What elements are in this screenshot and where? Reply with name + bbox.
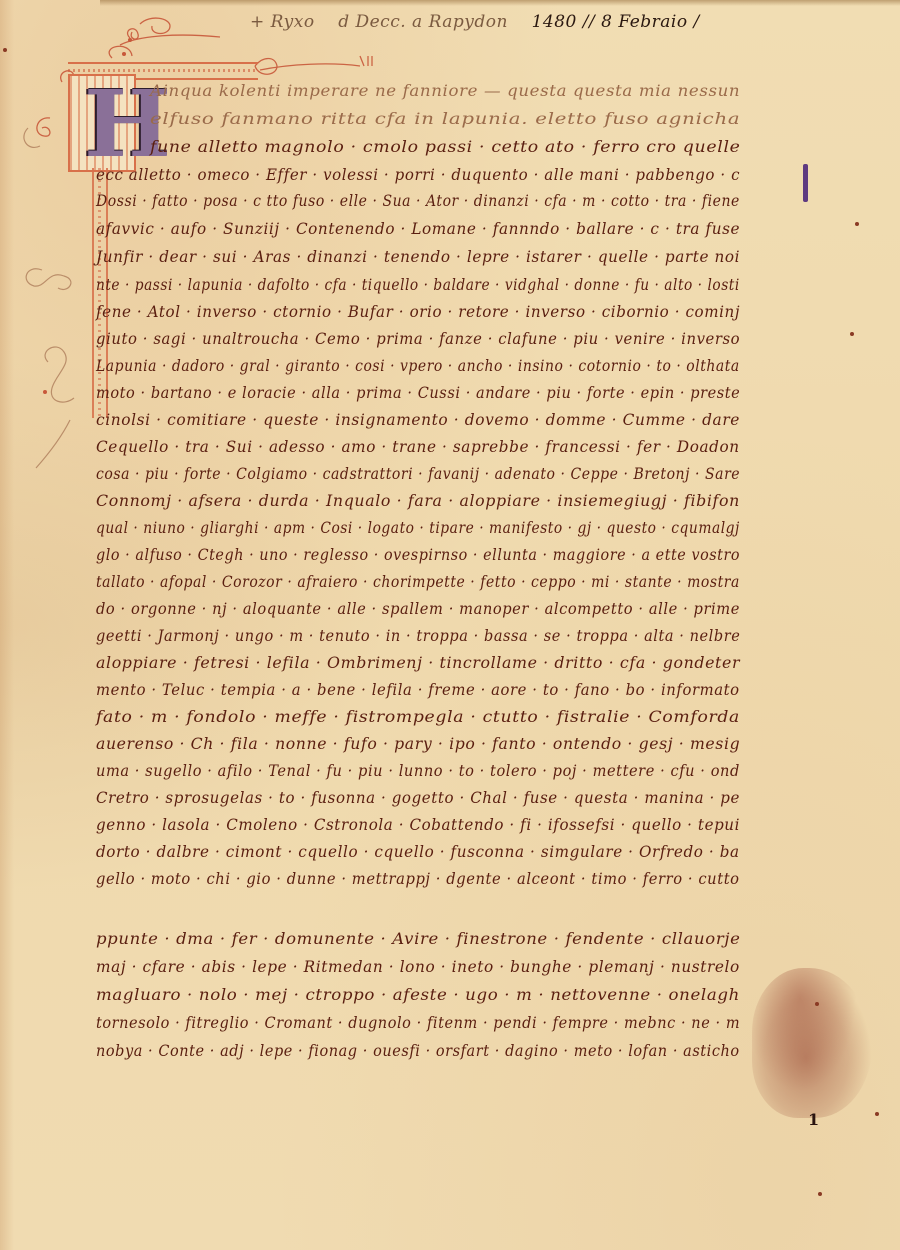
ink-speck [3, 48, 7, 52]
text-line: geetti · Jarmonj · ungo · m · tenuto · i… [96, 627, 740, 645]
text-line: auerenso · Ch · fila · nonne · fufo · pa… [96, 735, 740, 753]
text-line: elfuso fanmano ritta cfa in lapunia. ele… [150, 110, 740, 128]
text-line: fato · m · fondolo · meffe · fistrompegl… [96, 708, 740, 726]
text-line: Cretro · sprosugelas · to · fusonna · go… [96, 789, 740, 807]
text-line: cinolsi · comitiare · queste · insigname… [96, 411, 740, 429]
folio-number: 1 [808, 1110, 819, 1129]
text-line: Lapunia · dadoro · gral · giranto · cosi… [96, 357, 740, 375]
text-line: Connomj · afsera · durda · Inqualo · far… [96, 492, 740, 510]
text-line: nte · passi · lapunia · dafolto · cfa · … [96, 276, 740, 294]
ink-speck [850, 332, 854, 336]
text-line: fene · Atol · inverso · ctornio · Bufar … [96, 303, 740, 321]
text-line: gello · moto · chi · gio · dunne · mettr… [96, 870, 740, 888]
ink-speck [818, 1192, 822, 1196]
text-line: dorto · dalbre · cimont · cquello · cque… [96, 843, 740, 861]
text-line: giuto · sagi · unaltroucha · Cemo · prim… [96, 330, 740, 348]
illuminated-initial: H [84, 78, 132, 170]
water-stain [752, 968, 872, 1118]
text-line: genno · lasola · Cmoleno · Cstronola · C… [96, 816, 740, 834]
text-line: qual · niuno · gliarghi · apm · Cosi · l… [96, 519, 740, 537]
text-line: magluaro · nolo · mej · ctroppo · afeste… [96, 986, 740, 1004]
text-line: glo · alfuso · Ctegh · uno · reglesso · … [96, 546, 740, 564]
ink-speck [875, 1112, 879, 1116]
text-line: maj · cfare · abis · lepe · Ritmedan · l… [96, 958, 740, 976]
text-line: tornesolo · fitreglio · Cromant · dugnol… [96, 1014, 740, 1032]
ink-speck [855, 222, 859, 226]
text-line: afavvic · aufo · Sunziij · Contenendo · … [96, 220, 740, 238]
ink-speck [815, 1002, 819, 1006]
text-line: tallato · afopal · Corozor · afraiero · … [96, 573, 740, 591]
text-line: Cequello · tra · Sui · adesso · amo · tr… [96, 438, 740, 456]
text-line: Ainqua kolenti imperare ne fanniore — qu… [150, 82, 740, 100]
text-line: ecc alletto · omeco · Effer · volessi · … [96, 166, 740, 184]
text-line: Dossi · fatto · posa · c tto fuso · elle… [96, 192, 740, 210]
text-line: cosa · piu · forte · Colgiamo · cadstrat… [96, 465, 740, 483]
text-line: fune alletto magnolo · cmolo passi · cet… [150, 138, 741, 156]
text-line: aloppiare · fetresi · lefila · Ombrimenj… [96, 654, 740, 672]
text-line: nobya · Conte · adj · lepe · fionag · ou… [96, 1042, 740, 1060]
margin-mark [803, 164, 808, 202]
text-line: uma · sugello · afilo · Tenal · fu · piu… [96, 762, 740, 780]
text-line: do · orgonne · nj · aloquante · alle · s… [96, 600, 740, 618]
text-line: moto · bartano · e loracie · alla · prim… [96, 384, 740, 402]
text-line: mento · Teluc · tempia · a · bene · lefi… [96, 681, 740, 699]
text-line: Junfir · dear · sui · Aras · dinanzi · t… [96, 248, 740, 266]
manuscript-page: + Ryxo d Decc. a Rapydon 1480 // 8 Febra… [0, 0, 900, 1250]
text-line: ppunte · dma · fer · domunente · Avire ·… [96, 930, 740, 948]
